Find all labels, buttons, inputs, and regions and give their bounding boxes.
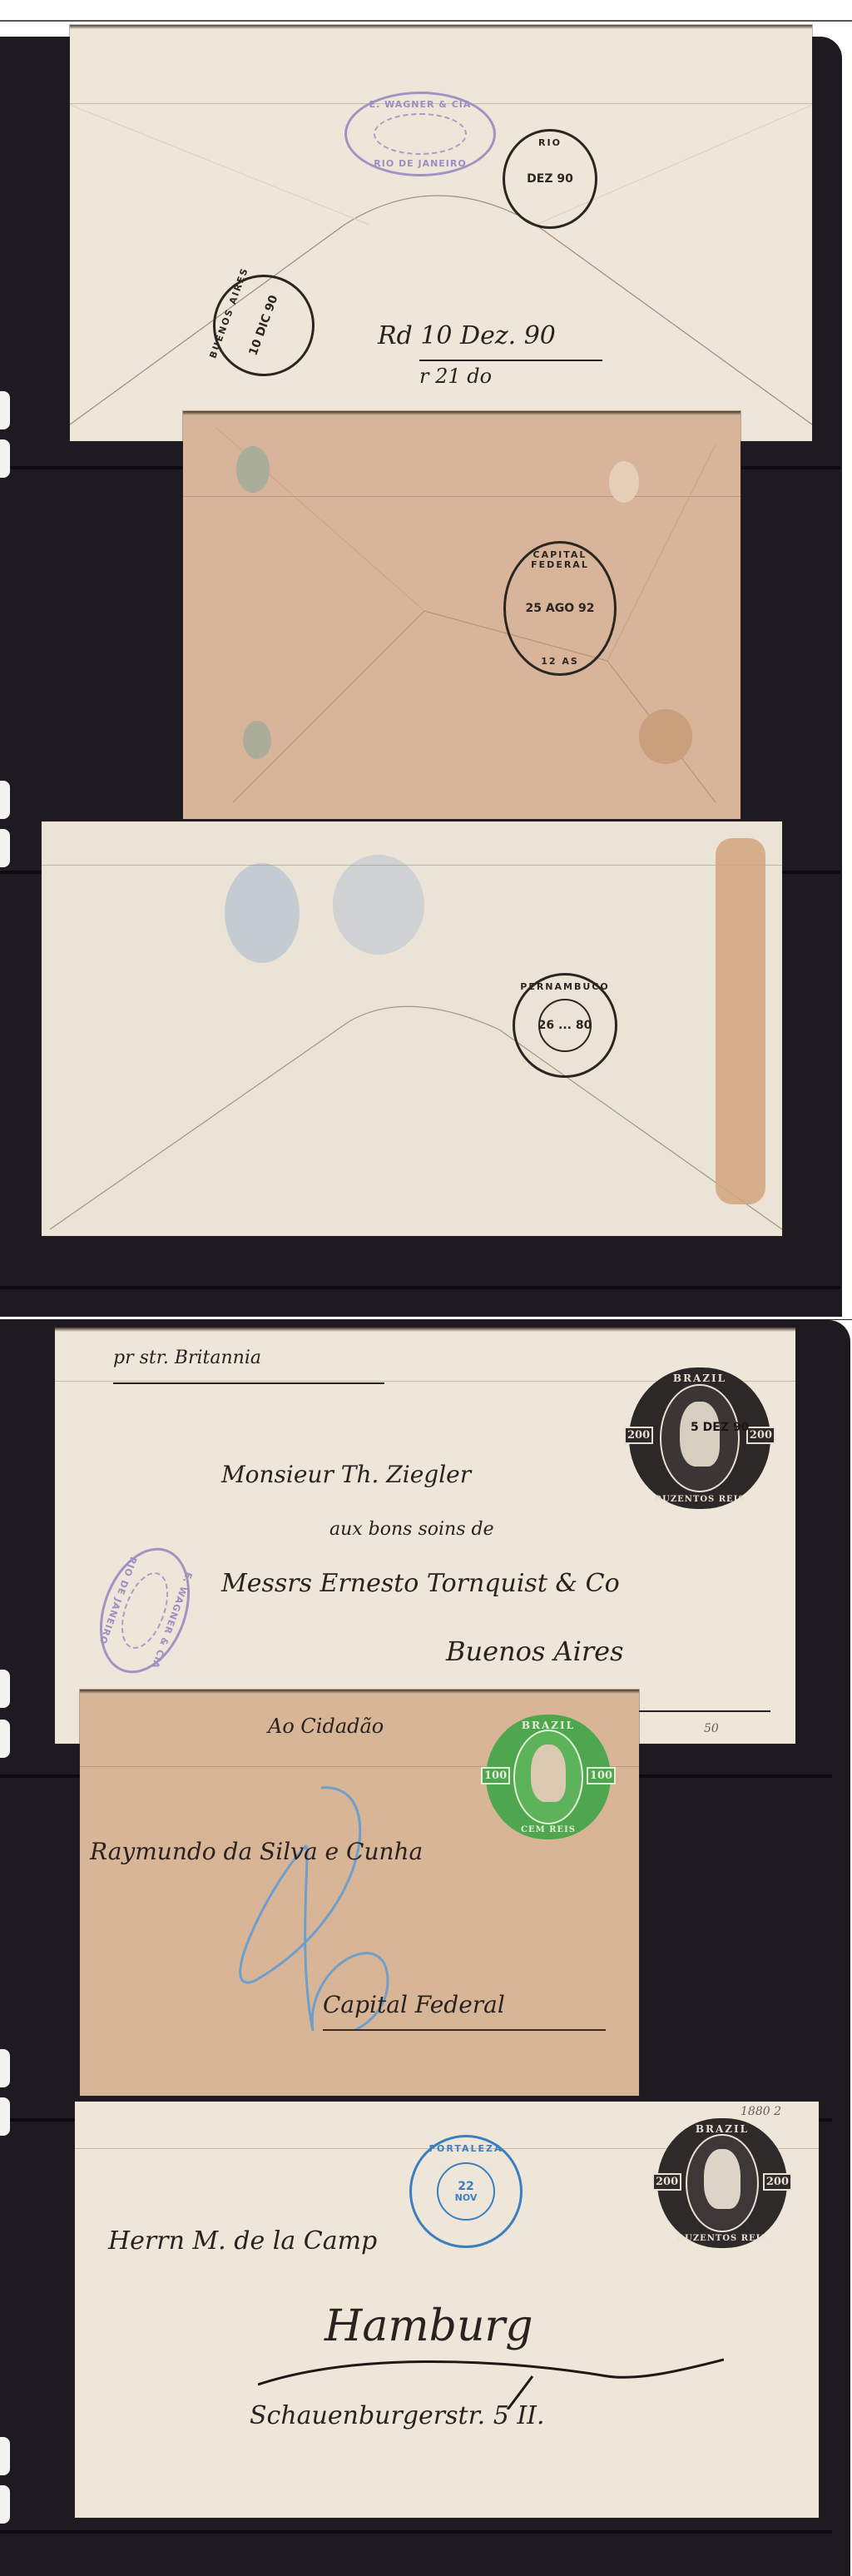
postage-stamp-100: BRAZIL 100 100 CEM REIS	[486, 1715, 611, 1839]
salutation: Ao Cidadão	[268, 1715, 384, 1738]
emperor-portrait	[531, 1745, 566, 1802]
sender-cachet: E. WAGNER & CIA RIO DE JANEIRO	[83, 1536, 206, 1686]
envelope-6-front: 1880 2 FORTALEZA 22 NOV BRAZIL 200 200 D…	[75, 2102, 819, 2518]
stamp-value-right: 200	[746, 1427, 775, 1444]
stamp-value-right: 100	[587, 1767, 616, 1784]
address-line-1: Raymundo da Silva e Cunha	[90, 1838, 423, 1865]
envelope-4-front: pr str. Britannia BRAZIL 200 200 DUZENTO…	[55, 1328, 795, 1744]
handwritten-receipt-note: Rd 10 Dez. 90	[378, 321, 556, 350]
binder-tab	[0, 2097, 10, 2136]
postmark-text: CAPITAL FEDERAL	[506, 550, 614, 569]
faint-blue-postmark	[333, 855, 424, 955]
postmark-pernambuco: PERNAMBUCO 26 ... 80	[513, 973, 617, 1078]
stamp-cancel: 5 DEZ 90	[691, 1421, 749, 1434]
binder-tab	[0, 2049, 10, 2087]
binder-tab	[0, 391, 10, 429]
binder-tab	[0, 1670, 10, 1708]
album-strip	[0, 2530, 832, 2534]
stamp-value-left: 200	[624, 1427, 653, 1444]
binder-tab	[0, 781, 10, 819]
postmark-date: 10 DIC 90	[247, 294, 280, 357]
sender-cachet: E. WAGNER & CIA RIO DE JANEIRO	[344, 92, 496, 176]
postmark-fortaleza: FORTALEZA 22 NOV	[409, 2135, 523, 2248]
hinge-remnant	[243, 721, 271, 759]
stamp-value-left: 100	[481, 1767, 510, 1784]
stamp-value-left: 200	[652, 2173, 681, 2191]
paper-thin-spot	[609, 461, 639, 503]
stamp-denomination: CEM REIS	[486, 1825, 611, 1834]
underline	[113, 1382, 384, 1384]
address-line-3: Messrs Ernesto Tornquist & Co	[221, 1569, 620, 1598]
address-street: Schauenburgerstr. 5 II.	[250, 2401, 545, 2430]
postmark-code: 12 AS	[506, 657, 614, 667]
envelope-3-back: PERNAMBUCO 26 ... 80	[42, 821, 782, 1236]
postage-stamp-200: BRAZIL 200 200 DUZENTOS REIS 5 DEZ 90	[629, 1367, 770, 1509]
stamp-denomination: DUZENTOS REIS	[657, 2234, 787, 2243]
torn-edge	[80, 1690, 639, 1694]
cachet-line1: E. WAGNER & CIA	[347, 99, 493, 110]
cachet-line2: RIO DE JANEIRO	[347, 158, 493, 169]
postmark-text: PERNAMBUCO	[515, 982, 615, 992]
envelope-1-back: E. WAGNER & CIA RIO DE JANEIRO RIO DEZ 9…	[70, 25, 812, 441]
binder-tab	[0, 2485, 10, 2524]
foxing-stain	[639, 709, 692, 764]
stamp-value-right: 200	[763, 2173, 792, 2191]
handwritten-reply-note: r 21 do	[419, 365, 492, 388]
address-city: Hamburg	[324, 2301, 533, 2351]
underline	[323, 2029, 606, 2031]
pencil-note: 1880 2	[741, 2105, 781, 2118]
binder-tab	[0, 829, 10, 867]
binder-tab	[0, 2437, 10, 2475]
envelope-2-back: CAPITAL FEDERAL 25 AGO 92 12 AS	[183, 411, 741, 819]
album-strip	[0, 1286, 840, 1289]
postmark-rio: RIO DEZ 90	[503, 129, 597, 229]
torn-edge	[55, 1328, 795, 1332]
postmark-month: NOV	[455, 2193, 478, 2203]
postmark-day: 22	[458, 2181, 473, 2193]
stamp-denomination: DUZENTOS REIS	[629, 1495, 770, 1504]
address-line-2: Capital Federal	[323, 1991, 505, 2018]
postmark-capital-federal: CAPITAL FEDERAL 25 AGO 92 12 AS	[503, 541, 617, 676]
pencil-note: 50	[704, 1722, 719, 1735]
faint-blue-marking	[225, 863, 300, 963]
hinge-remnant	[236, 446, 270, 493]
postage-stamp-200: BRAZIL 200 200 DUZENTOS REIS	[657, 2118, 787, 2248]
cachet-inner	[374, 113, 468, 155]
address-line-2: aux bons soins de	[329, 1519, 494, 1540]
routing-instruction: pr str. Britannia	[113, 1348, 261, 1368]
postmark-date: 25 AGO 92	[526, 603, 595, 615]
emperor-portrait	[704, 2149, 741, 2209]
stamp-country: BRAZIL	[629, 1372, 770, 1384]
adhesive-stain	[716, 838, 765, 1204]
postmark-text: RIO	[505, 138, 595, 148]
page-top-margin	[0, 0, 852, 22]
postmark-date: 26 ... 80	[538, 1020, 592, 1032]
binder-tab	[0, 1720, 10, 1758]
address-line-1: Monsieur Th. Ziegler	[221, 1461, 471, 1488]
underline	[419, 360, 602, 361]
address-line-1: Herrn M. de la Camp	[108, 2226, 377, 2256]
envelope-5-front: Ao Cidadão BRAZIL 100 100 CEM REIS Raymu…	[80, 1690, 639, 2096]
stamp-country: BRAZIL	[657, 2123, 787, 2135]
address-line-4: Buenos Aires	[446, 1635, 624, 1667]
postmark-date: DEZ 90	[527, 173, 573, 186]
postmark-text: FORTALEZA	[412, 2144, 520, 2154]
stamp-country: BRAZIL	[486, 1720, 611, 1731]
binder-tab	[0, 439, 10, 478]
